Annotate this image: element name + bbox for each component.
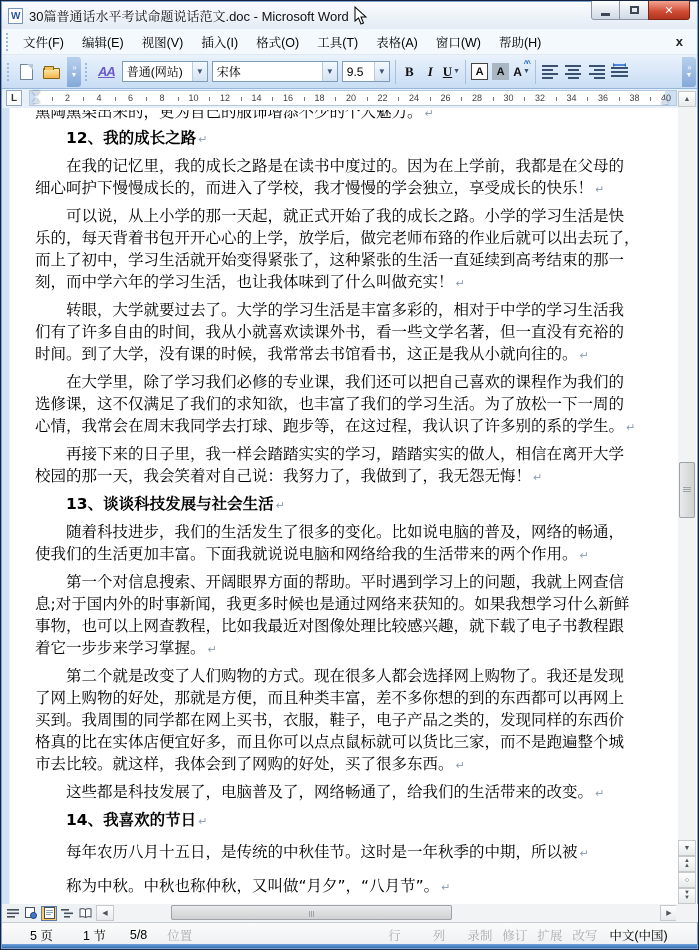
formatting-toolbar-options-button[interactable]: » ▼ (682, 57, 696, 87)
formatting-toolbar-grip[interactable] (84, 63, 89, 81)
font-value: 宋体 (213, 63, 322, 80)
document-paragraph[interactable]: 再接下来的日子里，我一样会踏踏实实的学习，踏踏实实的做人，相信在离开大学校园的那… (35, 443, 665, 487)
word-window: W 30篇普通话水平考试命题说话范文.doc - Microsoft Word … (0, 0, 699, 950)
right-indent-marker[interactable] (661, 97, 669, 104)
ruler-row: L 246810121416182022242628303234363840 (2, 89, 697, 108)
web-layout-view-button[interactable] (23, 906, 39, 921)
text-line[interactable]: 熏陶熏染出来的，更为自己的服饰增添不少的个人魅力。↵ (35, 110, 665, 123)
ruler-number: 34 (566, 93, 576, 103)
document-heading[interactable]: 14、我喜欢的节日↵ (35, 809, 665, 831)
ruler-number: 12 (220, 93, 230, 103)
font-dropdown-arrow-icon[interactable]: ▼ (322, 62, 337, 81)
document-paragraph[interactable]: 可以说，从上小学的那一天起，就正式开始了我的成长之路。小学的学习生活是快乐的，每… (35, 205, 665, 293)
text-line[interactable]: 12、我的成长之路↵ (35, 127, 665, 149)
maximize-icon (630, 6, 639, 14)
new-document-icon (20, 64, 33, 80)
standard-toolbar-grip[interactable] (6, 63, 11, 81)
text-line[interactable]: 在我的记忆里，我的成长之路是在读书中度过的。因为在上学前，我都是在父母的 (35, 155, 665, 177)
font-size-combobox[interactable]: 9.5 ▼ (342, 61, 390, 82)
ruler-tick (493, 97, 494, 101)
double-down-arrow-icon: ▼▼ (684, 891, 690, 901)
text-line[interactable]: 买到。我周围的同学都在网上买书，衣服，鞋子，电子产品之类的，发现同样的东西价 (35, 709, 665, 731)
ruler-number: 8 (159, 93, 164, 103)
ruler-number: 38 (629, 93, 639, 103)
text-line[interactable]: 格真的比在实体店便宜好多，而且你可以点点鼠标就可以货比三家，而不是跑遍整个城 (35, 731, 665, 753)
document-paragraph[interactable]: 每年农历八月十五日，是传统的中秋佳节。这时是一年秋季的中期，所以被↵ (35, 839, 665, 865)
character-scale-button[interactable]: A^^ ▼ (511, 61, 532, 83)
text-line[interactable]: 息;对于国内外的时事新闻，我更多时候也是通过网络来获知的。如果我想学习什么新鲜 (35, 593, 665, 615)
document-paragraph[interactable]: 熏陶熏染出来的，更为自己的服饰增添不少的个人魅力。↵ (35, 110, 665, 123)
text-line[interactable]: 们有了许多自由的时间，我从小就喜欢读课外书，看一些文学名著，但一直没有充裕的 (35, 321, 665, 343)
document-paragraph[interactable]: 转眼，大学就要过去了。大学的学习生活是丰富多彩的，相对于中学的学习生活我们有了许… (35, 299, 665, 365)
ruler-tick (52, 97, 53, 101)
ruler-number: 16 (283, 93, 293, 103)
menu-item-1[interactable]: 编辑(E) (73, 29, 133, 55)
paragraph-mark-icon: ↵ (441, 881, 450, 894)
text-line[interactable]: 第一个对信息搜索、开阔眼界方面的帮助。平时遇到学习上的问题，我就上网查信 (35, 571, 665, 593)
document-paragraph[interactable]: 随着科技进步，我们的生活发生了很多的变化。比如说电脑的普及，网络的畅通，使我们的… (35, 521, 665, 565)
toolbar-separator (395, 60, 396, 84)
chevron-down-icon: ▼ (71, 72, 78, 79)
text-line[interactable]: 市去比较。就这样，我体会到了网购的好处，买了很多东西。↵ (35, 753, 665, 775)
outline-view-button[interactable] (59, 906, 75, 921)
horizontal-scroll-track[interactable] (114, 904, 660, 922)
paragraph-mark-icon: ↵ (595, 787, 604, 800)
first-line-indent-marker-icon[interactable] (32, 91, 40, 96)
character-border-button[interactable]: A (469, 61, 490, 83)
previous-page-button[interactable]: ▲▲ (678, 856, 696, 872)
print-layout-view-button[interactable] (41, 906, 57, 921)
vertical-scroll-thumb[interactable] (679, 462, 695, 518)
paragraph-mark-icon: ↵ (533, 471, 542, 484)
underline-label: U (443, 64, 452, 80)
paragraph-mark-icon: ↵ (580, 847, 589, 860)
style-value: 普通(网站) (123, 63, 192, 80)
text-line[interactable]: 这些都是科技发展了，电脑普及了，网络畅通了，给我们的生活带来的改变。↵ (35, 781, 665, 803)
text-line[interactable]: 使我们的生活更加丰富。下面我就说说电脑和网络给我的生活带来的两个作用。↵ (35, 543, 665, 565)
text-line[interactable]: 而上了初中，学习生活就开始变得紧张了，这种紧张的生活一直延续到高考结束的那一 (35, 249, 665, 271)
ruler-tick (241, 97, 242, 101)
open-folder-icon (43, 68, 60, 79)
chevron-right-icon: » (72, 64, 75, 72)
ruler-tick (83, 97, 84, 101)
align-left-button[interactable] (541, 63, 560, 80)
new-document-button[interactable] (15, 60, 38, 84)
text-line[interactable]: 刻，而中学六年的学习生活，也让我体味到了什么叫做充实！↵ (35, 271, 665, 293)
ruler-number: 6 (128, 93, 133, 103)
font-size-value: 9.5 (343, 65, 374, 79)
ruler-number: 32 (535, 93, 545, 103)
tab-selector-button[interactable]: L (6, 90, 22, 106)
text-line[interactable]: 随着科技进步，我们的生活发生了很多的变化。比如说电脑的普及，网络的畅通， (35, 521, 665, 543)
status-5/8: 5/8 (130, 928, 147, 942)
ruler-number: 18 (314, 93, 324, 103)
paragraph-mark-icon: ↵ (595, 183, 604, 196)
document-paragraph[interactable]: 这些都是科技发展了，电脑普及了，网络畅通了，给我们的生活带来的改变。↵ (35, 781, 665, 803)
text-line[interactable]: 第二个就是改变了人们购物的方式。现在很多人都会选择网上购物了。我还是发现 (35, 665, 665, 687)
font-combobox[interactable]: 宋体 ▼ (212, 61, 338, 82)
character-scale-icon: A^^ (513, 65, 522, 79)
styles-icon: AA (98, 64, 115, 79)
horizontal-scrollbar-row: ◀ ▶ (2, 904, 678, 922)
toolbar-separator (535, 60, 536, 84)
ruler-tick (430, 97, 431, 101)
window-bottom-frame (2, 944, 697, 948)
toolbar-separator (465, 60, 466, 84)
character-scale-dropdown-icon[interactable]: ▼ (523, 68, 530, 75)
reading-layout-view-button[interactable] (77, 906, 93, 921)
indent-markers[interactable] (32, 91, 41, 103)
close-button[interactable]: ✕ (648, 1, 690, 20)
distribute-text-button[interactable] (610, 63, 629, 80)
status-列[interactable]: 列 (433, 926, 446, 944)
text-line[interactable]: 了网上购物的好处，那就是方便，而且种类丰富，差不多你想的到的东西都可以再网上 (35, 687, 665, 709)
scroll-left-button[interactable]: ◀ (96, 905, 114, 921)
status-中文(中国): 中文(中国) (609, 926, 667, 944)
window-title: 30篇普通话水平考试命题说话范文.doc - Microsoft Word (29, 6, 349, 25)
menu-item-6[interactable]: 表格(A) (367, 29, 427, 55)
paragraph-mark-icon: ↵ (198, 815, 207, 828)
italic-button[interactable]: I (420, 61, 441, 83)
ruler-tick (115, 97, 116, 101)
text-line[interactable]: 选修课，这不仅满足了我们的求知欲，也丰富了我们的学习生活。为了放松一下一周的 (35, 393, 665, 415)
chevron-right-icon: » (687, 64, 690, 72)
document-text[interactable]: 熏陶熏染出来的，更为自己的服饰增添不少的个人魅力。↵12、我的成长之路↵在我的记… (35, 110, 665, 904)
open-button[interactable] (38, 60, 65, 84)
text-line[interactable]: 转眼，大学就要过去了。大学的学习生活是丰富多彩的，相对于中学的学习生活我 (35, 299, 665, 321)
styles-and-formatting-button[interactable]: AA (93, 60, 120, 84)
status-修订[interactable]: 修订 (502, 926, 527, 944)
ruler-number: 26 (440, 93, 450, 103)
status-5 页: 5 页 (30, 926, 53, 944)
thumb-grip-icon (309, 911, 315, 917)
paragraph-mark-icon: ↵ (626, 421, 635, 434)
paragraph-mark-icon: ↵ (456, 759, 465, 772)
paragraph-mark-icon: ↵ (276, 499, 285, 512)
text-line[interactable]: 称为中秋。中秋也称仲秋，又叫做“月夕”，“八月节”。↵ (35, 873, 665, 899)
ruler-number: 20 (346, 93, 356, 103)
document-heading[interactable]: 12、我的成长之路↵ (35, 127, 665, 149)
vertical-scroll-track[interactable] (678, 107, 696, 838)
maximize-button[interactable] (620, 1, 648, 20)
document-paragraph[interactable]: 第二个就是改变了人们购物的方式。现在很多人都会选择网上购物了。我还是发现了网上购… (35, 665, 665, 775)
ruler-number: 28 (472, 93, 482, 103)
horizontal-scroll-thumb[interactable] (171, 905, 452, 920)
paragraph-mark-icon: ↵ (425, 110, 434, 120)
ruler-tick (146, 97, 147, 101)
ruler-number: 36 (598, 93, 608, 103)
paragraph-mark-icon: ↵ (208, 643, 217, 656)
ruler-tick (556, 97, 557, 101)
document-heading[interactable]: 13、谈谈科技发展与社会生活↵ (35, 493, 665, 515)
paragraph-mark-icon: ↵ (580, 349, 589, 362)
menu-item-7[interactable]: 窗口(W) (427, 29, 490, 55)
scroll-up-button[interactable]: ▲ (678, 91, 696, 107)
close-icon: ✕ (664, 4, 673, 17)
text-line[interactable]: 在大学里，除了学习我们必修的专业课，我们还可以把自己喜欢的课程作为我们的 (35, 371, 665, 393)
document-paragraph[interactable]: 在我的记忆里，我的成长之路是在读书中度过的。因为在上学前，我都是在父母的细心呵护… (35, 155, 665, 199)
text-line[interactable]: 事物，也可以上网查教程，比如我最近对图像处理比较感兴趣，就下载了电子书教程跟 (35, 615, 665, 637)
menu-item-0[interactable]: 文件(F) (14, 29, 73, 55)
minimize-button[interactable] (591, 1, 620, 20)
ruler-tick (650, 97, 651, 101)
document-close-button[interactable]: x (672, 34, 687, 49)
toolbar: » ▼ AA 普通(网站) ▼ 宋体 ▼ 9.5 ▼ B I U ▼ A (2, 55, 697, 89)
underline-button[interactable]: U ▼ (441, 61, 462, 83)
text-line[interactable]: 细心呵护下慢慢成长的，而进入了学校，我才慢慢的学会独立，享受成长的快乐！↵ (35, 177, 665, 199)
status-改写[interactable]: 改写 (572, 926, 597, 944)
ruler-number: 24 (409, 93, 419, 103)
ruler-tick (304, 97, 305, 101)
ruler-tick (209, 97, 210, 101)
status-录制[interactable]: 录制 (467, 926, 492, 944)
menu-item-8[interactable]: 帮助(H) (490, 29, 550, 55)
text-line[interactable]: 校园的那一天，我会笑着对自己说：我努力了，我做到了，我无怨无悔！↵ (35, 465, 665, 487)
browse-object-circle-icon: ○ (685, 877, 689, 884)
horizontal-ruler[interactable]: 246810121416182022242628303234363840 (29, 90, 677, 106)
arrow-right-icon: ▶ (666, 910, 671, 917)
ruler-tick (587, 97, 588, 101)
text-line[interactable]: 乐的，每天背着书包开开心心的上学，放学后，做完老师布臵的作业后就可以出去玩了， (35, 227, 665, 249)
status-1 节: 1 节 (83, 926, 106, 944)
menu-item-2[interactable]: 视图(V) (133, 29, 193, 55)
document-paragraph[interactable]: 第一个对信息搜索、开阔眼界方面的帮助。平时遇到学习上的问题，我就上网查信息;对于… (35, 571, 665, 659)
chevron-down-icon: ▼ (686, 72, 693, 79)
page-left-gutter (2, 108, 10, 904)
paragraph-mark-icon: ↵ (198, 133, 207, 146)
ruler-tick (335, 97, 336, 101)
arrow-up-icon: ▲ (684, 96, 691, 103)
document-paragraph[interactable]: 在大学里，除了学习我们必修的专业课，我们还可以把自己喜欢的课程作为我们的选修课，… (35, 371, 665, 437)
paragraph-mark-icon: ↵ (580, 549, 589, 562)
window-controls: ✕ (591, 1, 690, 20)
style-dropdown-arrow-icon[interactable]: ▼ (192, 62, 207, 81)
ruler-number: 22 (377, 93, 387, 103)
text-line[interactable]: 时间。到了大学，没有课的时候，我常常去书馆看书，这正是我从小就向往的。↵ (35, 343, 665, 365)
scrollbar-corner (676, 904, 698, 922)
font-size-dropdown-arrow-icon[interactable]: ▼ (374, 62, 389, 81)
align-center-button[interactable] (564, 63, 583, 80)
text-line[interactable]: 13、谈谈科技发展与社会生活↵ (35, 493, 665, 515)
select-browse-object-button[interactable]: ○ (678, 872, 696, 888)
align-right-button[interactable] (587, 63, 606, 80)
text-line[interactable]: 心情，我常会在周末我同学去打球、跑步等，在这过程，我认识了许多别的系的学生。↵ (35, 415, 665, 437)
view-buttons (2, 904, 96, 922)
minimize-icon (601, 13, 610, 16)
arrow-down-icon: ▼ (684, 845, 691, 852)
menu-bar: 文件(F)编辑(E)视图(V)插入(I)格式(O)工具(T)表格(A)窗口(W)… (2, 29, 697, 55)
ruler-tick (178, 97, 179, 101)
menu-item-4[interactable]: 格式(O) (247, 29, 308, 55)
text-line[interactable]: 每年农历八月十五日，是传统的中秋佳节。这时是一年秋季的中期，所以被↵ (35, 839, 665, 865)
ruler-tick (461, 97, 462, 101)
text-line[interactable]: 14、我喜欢的节日↵ (35, 809, 665, 831)
thumb-grip-icon (683, 487, 691, 492)
status-bar: 5 页1 节5/8位置行列录制修订扩展改写中文(中国) (2, 922, 697, 946)
word-app-icon: W (8, 8, 23, 24)
ruler-tick (398, 97, 399, 101)
ruler-number: 4 (96, 93, 101, 103)
character-shading-icon: A (492, 63, 509, 80)
style-combobox[interactable]: 普通(网站) ▼ (122, 61, 208, 82)
right-indent-marker-icon[interactable] (661, 99, 669, 104)
text-line[interactable]: 再接下来的日子里，我一样会踏踏实实的学习，踏踏实实的做人，相信在离开大学 (35, 443, 665, 465)
next-page-button[interactable]: ▼▼ (678, 888, 696, 904)
menu-grip-handle[interactable] (5, 33, 10, 51)
standard-toolbar-options-button[interactable]: » ▼ (67, 57, 81, 87)
ruler-number: 10 (188, 93, 198, 103)
bold-button[interactable]: B (399, 61, 420, 83)
scroll-down-button[interactable]: ▼ (678, 840, 696, 856)
ruler-tick (272, 97, 273, 101)
document-paragraph[interactable]: 称为中秋。中秋也称仲秋，又叫做“月夕”，“八月节”。↵ (35, 873, 665, 899)
ruler-number: 30 (503, 93, 513, 103)
character-shading-button[interactable]: A (490, 61, 511, 83)
menu-item-3[interactable]: 插入(I) (192, 29, 247, 55)
status-位置[interactable]: 位置 (167, 926, 192, 944)
menu-item-5[interactable]: 工具(T) (308, 29, 367, 55)
vertical-scrollbar[interactable]: ▲ ▼ ▲▲ ○ ▼▼ (678, 91, 696, 904)
arrow-left-icon: ◀ (102, 910, 107, 917)
character-border-icon: A (471, 63, 488, 80)
double-up-arrow-icon: ▲▲ (684, 859, 690, 869)
hanging-indent-marker-icon[interactable] (32, 98, 40, 103)
status-行[interactable]: 行 (388, 926, 401, 944)
ruler-number: 14 (251, 93, 261, 103)
text-line[interactable]: 着它一步步来学习掌握。↵ (35, 637, 665, 659)
underline-dropdown-icon[interactable]: ▼ (453, 68, 460, 75)
document-area[interactable]: 熏陶熏染出来的，更为自己的服饰增添不少的个人魅力。↵12、我的成长之路↵在我的记… (2, 108, 678, 904)
ruler-tick (524, 97, 525, 101)
ruler-tick (367, 97, 368, 101)
paragraph-mark-icon: ↵ (456, 277, 465, 290)
normal-view-button[interactable] (5, 906, 21, 921)
status-扩展[interactable]: 扩展 (537, 926, 562, 944)
ruler-tick (619, 97, 620, 101)
text-line[interactable]: 可以说，从上小学的那一天起，就正式开始了我的成长之路。小学的学习生活是快 (35, 205, 665, 227)
ruler-number: 2 (65, 93, 70, 103)
